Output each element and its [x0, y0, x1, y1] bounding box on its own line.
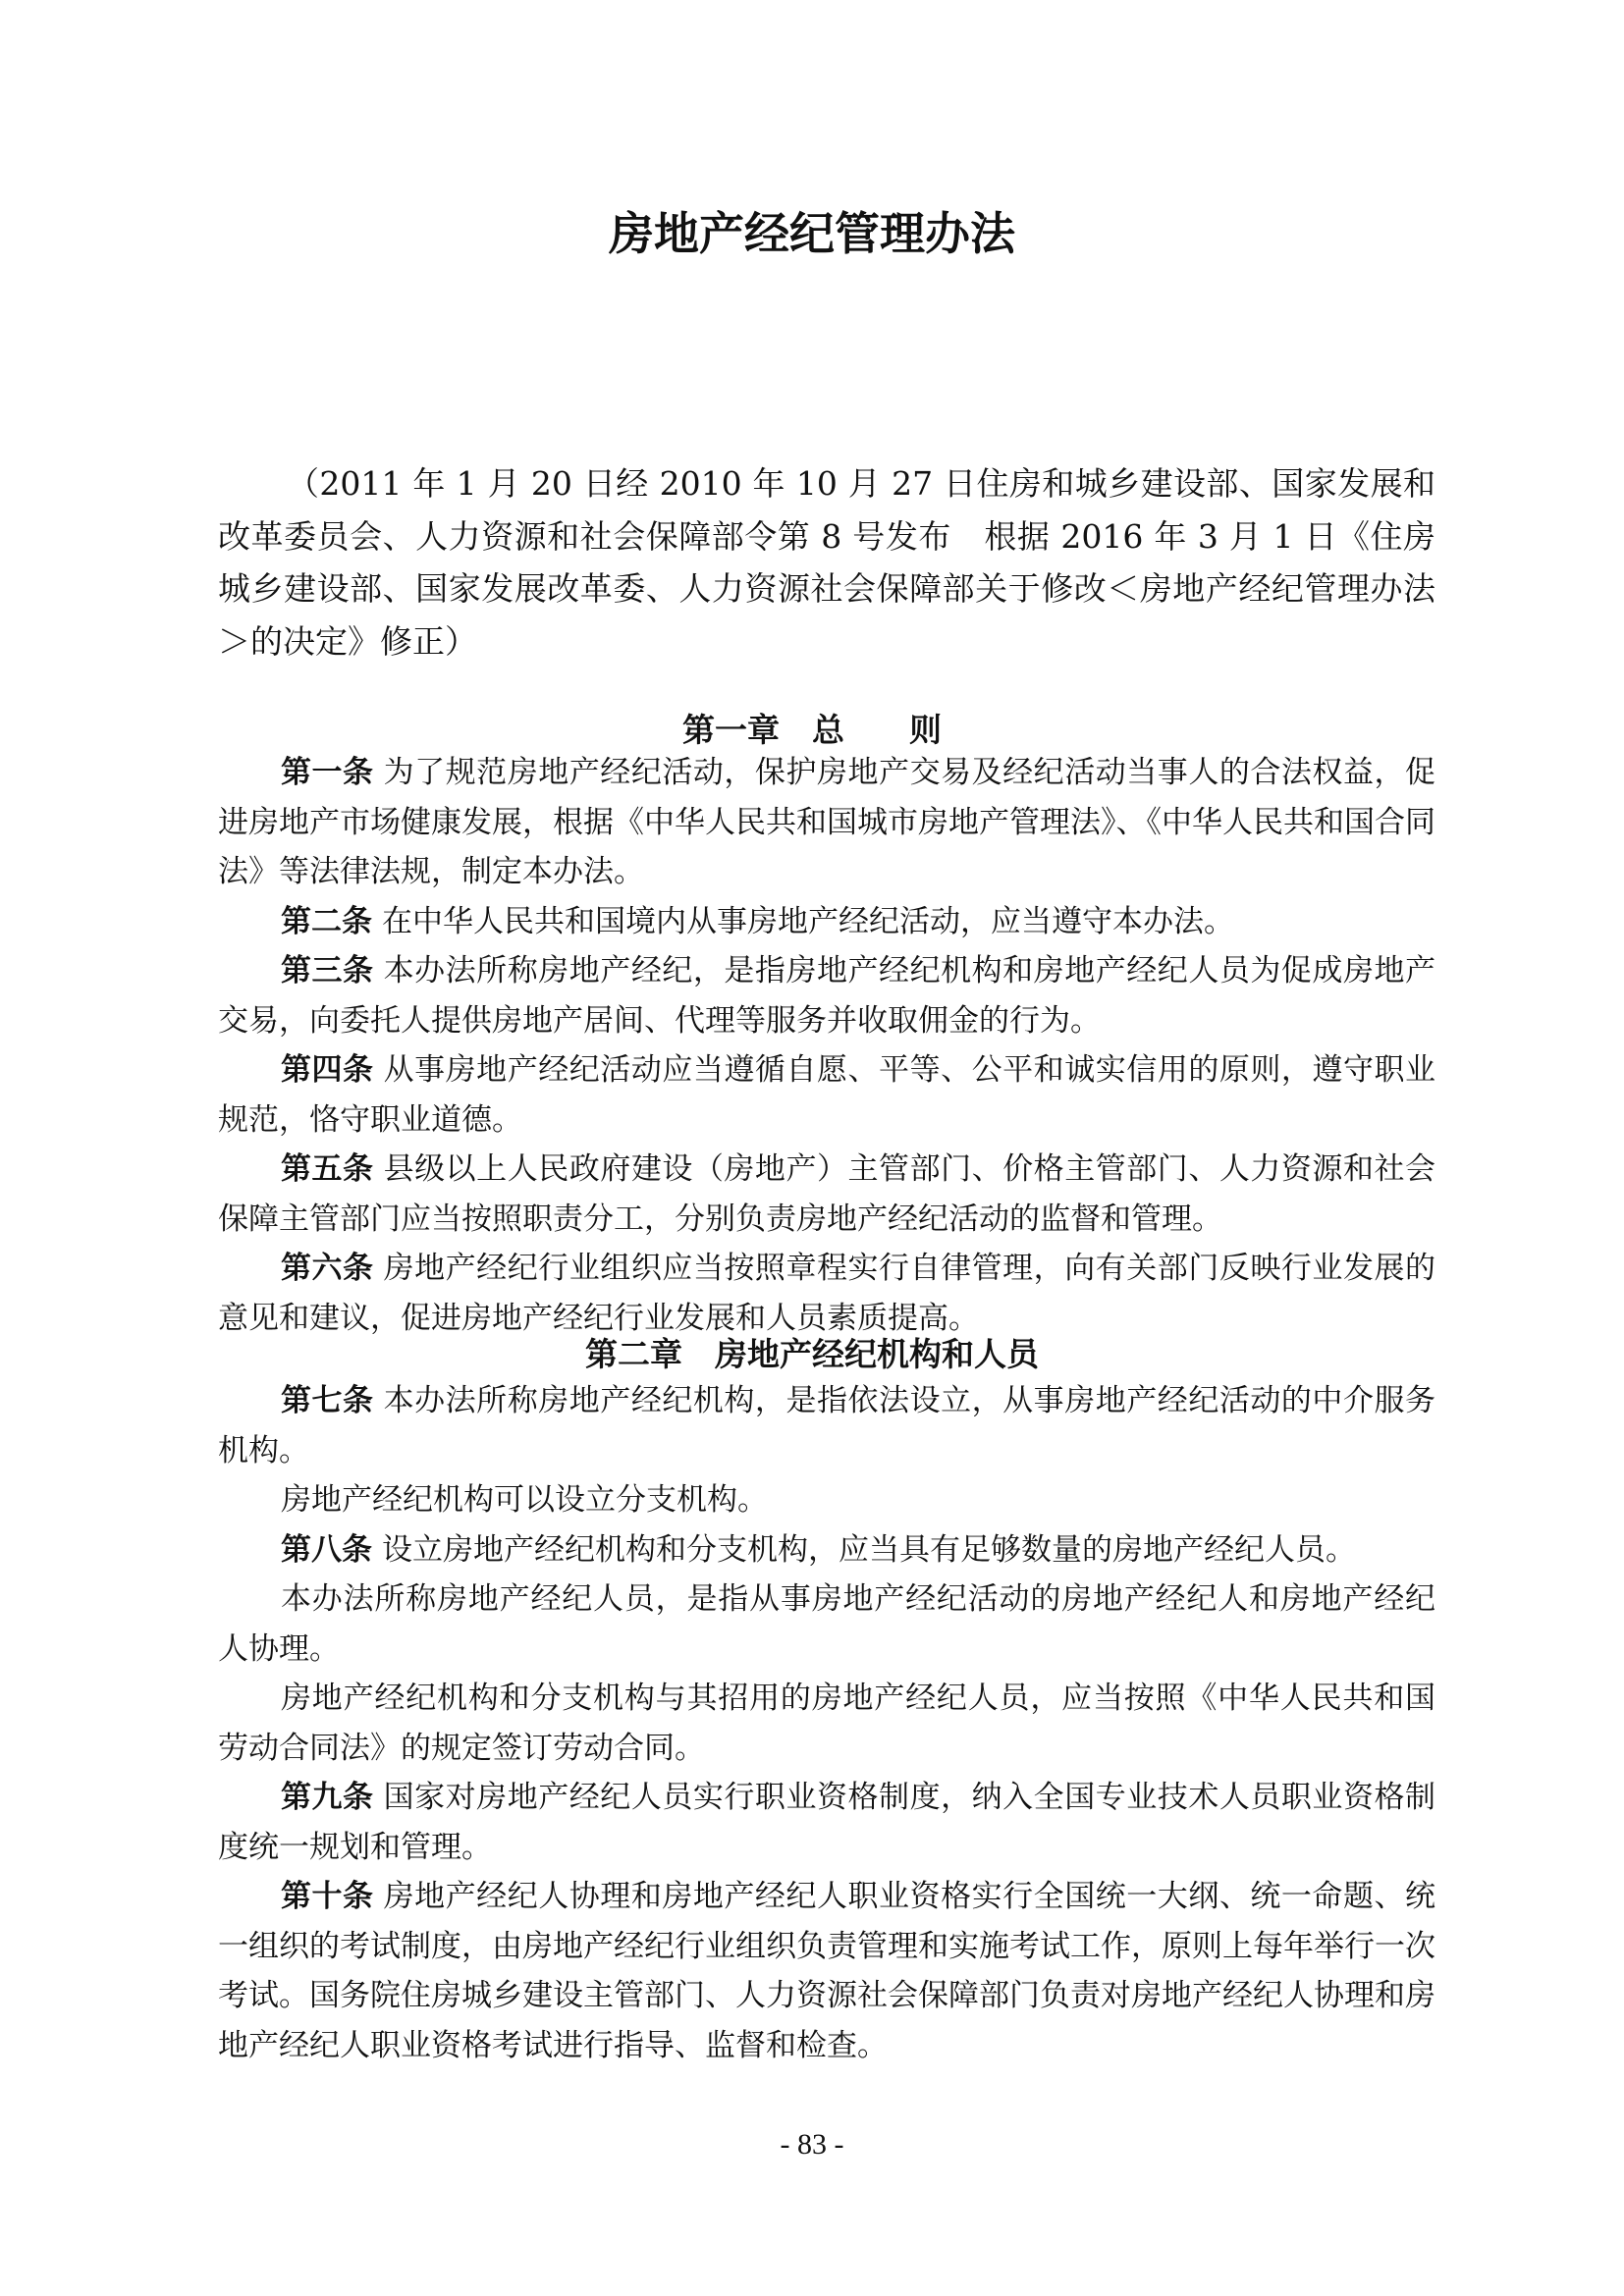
article-text: 房地产经纪机构可以设立分支机构。 — [281, 1482, 768, 1518]
article-text: 房地产经纪人协理和房地产经纪人职业资格实行全国统一大纲、统一命题、统一组织的考试… — [218, 1879, 1435, 2063]
article-number: 第六条 — [281, 1251, 374, 1286]
article-text: 国家对房地产经纪人员实行职业资格制度，纳入全国专业技术人员职业资格制度统一规划和… — [218, 1780, 1435, 1865]
article-paragraph: 房地产经纪机构可以设立分支机构。 — [218, 1475, 1435, 1525]
article-paragraph: 第八条设立房地产经纪机构和分支机构，应当具有足够数量的房地产经纪人员。 — [218, 1525, 1435, 1575]
article-paragraph: 第一条为了规范房地产经纪活动，保护房地产交易及经纪活动当事人的合法权益，促进房地… — [218, 748, 1435, 897]
article-number: 第九条 — [281, 1780, 374, 1815]
article-paragraph: 第五条县级以上人民政府建设（房地产）主管部门、价格主管部门、人力资源和社会保障主… — [218, 1145, 1435, 1244]
chapter-2-body: 第七条本办法所称房地产经纪机构，是指依法设立，从事房地产经纪活动的中介服务机构。… — [218, 1376, 1435, 2070]
article-text: 从事房地产经纪活动应当遵循自愿、平等、公平和诚实信用的原则，遵守职业规范，恪守职… — [218, 1052, 1435, 1138]
article-text: 本办法所称房地产经纪人员，是指从事房地产经纪活动的房地产经纪人和房地产经纪人协理… — [218, 1581, 1435, 1667]
article-paragraph: 第四条从事房地产经纪活动应当遵循自愿、平等、公平和诚实信用的原则，遵守职业规范，… — [218, 1045, 1435, 1145]
chapter-heading-2: 第二章 房地产经纪机构和人员 — [0, 1335, 1624, 1374]
article-paragraph: 房地产经纪机构和分支机构与其招用的房地产经纪人员，应当按照《中华人民共和国劳动合… — [218, 1674, 1435, 1773]
preface-note: （2011 年 1 月 20 日经 2010 年 10 月 27 日住房和城乡建… — [218, 457, 1435, 667]
article-number: 第八条 — [281, 1532, 372, 1568]
article-text: 房地产经纪机构和分支机构与其招用的房地产经纪人员，应当按照《中华人民共和国劳动合… — [218, 1681, 1435, 1766]
article-text: 本办法所称房地产经纪，是指房地产经纪机构和房地产经纪人员为促成房地产交易，向委托… — [218, 953, 1435, 1039]
article-text: 县级以上人民政府建设（房地产）主管部门、价格主管部门、人力资源和社会保障主管部门… — [218, 1151, 1435, 1237]
article-paragraph: 第三条本办法所称房地产经纪，是指房地产经纪机构和房地产经纪人员为促成房地产交易，… — [218, 946, 1435, 1045]
article-paragraph: 第七条本办法所称房地产经纪机构，是指依法设立，从事房地产经纪活动的中介服务机构。 — [218, 1376, 1435, 1475]
article-number: 第七条 — [281, 1383, 374, 1418]
article-paragraph: 第十条房地产经纪人协理和房地产经纪人职业资格实行全国统一大纲、统一命题、统一组织… — [218, 1872, 1435, 2070]
article-number: 第二条 — [281, 904, 372, 939]
article-number: 第十条 — [281, 1879, 374, 1914]
article-paragraph: 第六条房地产经纪行业组织应当按照章程实行自律管理，向有关部门反映行业发展的意见和… — [218, 1244, 1435, 1343]
article-number: 第三条 — [281, 953, 374, 988]
article-number: 第四条 — [281, 1052, 374, 1088]
article-text: 房地产经纪行业组织应当按照章程实行自律管理，向有关部门反映行业发展的意见和建议，… — [218, 1251, 1435, 1336]
chapter-1-body: 第一条为了规范房地产经纪活动，保护房地产交易及经纪活动当事人的合法权益，促进房地… — [218, 748, 1435, 1343]
article-paragraph: 本办法所称房地产经纪人员，是指从事房地产经纪活动的房地产经纪人和房地产经纪人协理… — [218, 1575, 1435, 1674]
article-text: 在中华人民共和国境内从事房地产经纪活动，应当遵守本办法。 — [382, 904, 1234, 939]
chapter-heading-1: 第一章 总 则 — [0, 711, 1624, 750]
document-title: 房地产经纪管理办法 — [0, 208, 1624, 259]
article-text: 为了规范房地产经纪活动，保护房地产交易及经纪活动当事人的合法权益，促进房地产市场… — [218, 755, 1435, 889]
page-number: - 83 - — [0, 2128, 1624, 2162]
article-paragraph: 第九条国家对房地产经纪人员实行职业资格制度，纳入全国专业技术人员职业资格制度统一… — [218, 1773, 1435, 1872]
article-number: 第一条 — [281, 755, 374, 790]
article-text: 设立房地产经纪机构和分支机构，应当具有足够数量的房地产经纪人员。 — [382, 1532, 1356, 1568]
document-page: 房地产经纪管理办法 （2011 年 1 月 20 日经 2010 年 10 月 … — [0, 0, 1624, 2296]
article-text: 本办法所称房地产经纪机构，是指依法设立，从事房地产经纪活动的中介服务机构。 — [218, 1383, 1435, 1468]
article-paragraph: 第二条在中华人民共和国境内从事房地产经纪活动，应当遵守本办法。 — [218, 897, 1435, 947]
article-number: 第五条 — [281, 1151, 374, 1187]
